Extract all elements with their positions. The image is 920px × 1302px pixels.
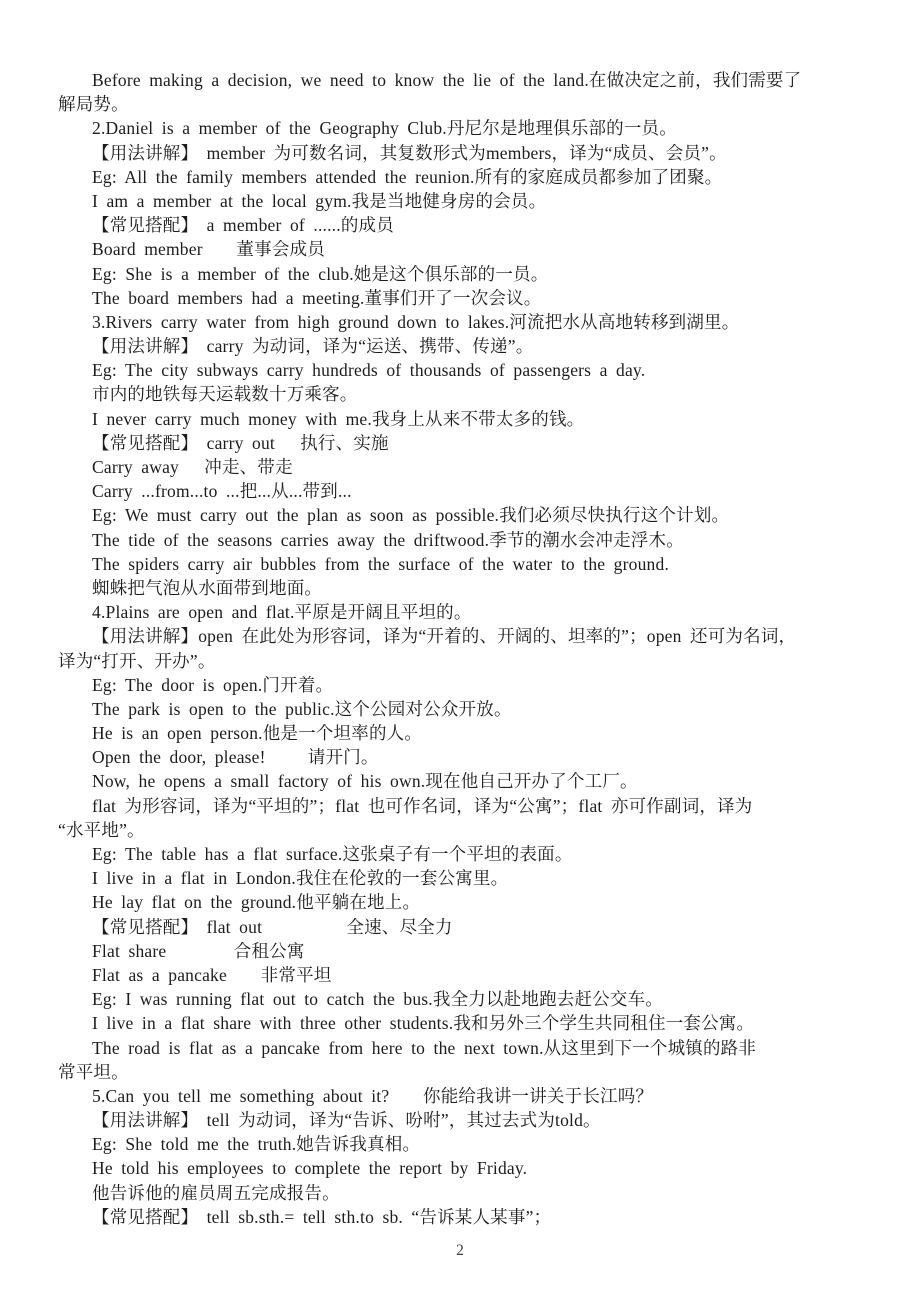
text-line: Flat share 合租公寓 xyxy=(58,939,864,963)
text-line: 【用法讲解】open 在此处为形容词，译为“开着的、开阔的、坦率的”；open … xyxy=(58,624,864,648)
text-line: Carry ...from...to ...把...从...带到... xyxy=(58,479,864,503)
text-line: 市内的地铁每天运载数十万乘客。 xyxy=(58,382,864,406)
text-line: 【常见搭配】 flat out 全速、尽全力 xyxy=(58,915,864,939)
text-line: 5.Can you tell me something about it? 你能… xyxy=(58,1084,864,1108)
text-line: He is an open person.他是一个坦率的人。 xyxy=(58,721,864,745)
text-line: Carry away 冲走、带走 xyxy=(58,455,864,479)
text-line: flat 为形容词，译为“平坦的”；flat 也可作名词，译为“公寓”；flat… xyxy=(58,794,864,818)
text-line: 【用法讲解】 carry 为动词，译为“运送、携带、传递”。 xyxy=(58,334,864,358)
text-line: He told his employees to complete the re… xyxy=(58,1156,864,1180)
text-line: He lay flat on the ground.他平躺在地上。 xyxy=(58,890,864,914)
text-line: 【常见搭配】 carry out 执行、实施 xyxy=(58,431,864,455)
text-block: Before making a decision, we need to kno… xyxy=(58,68,864,1229)
text-line: 常平坦。 xyxy=(58,1060,864,1084)
text-line: The spiders carry air bubbles from the s… xyxy=(58,552,864,576)
text-line: Eg: She is a member of the club.她是这个俱乐部的… xyxy=(58,262,864,286)
text-line: 【用法讲解】 tell 为动词，译为“告诉、吩咐”，其过去式为told。 xyxy=(58,1108,864,1132)
text-line: Eg: The city subways carry hundreds of t… xyxy=(58,358,864,382)
text-line: 【用法讲解】 member 为可数名词，其复数形式为members，译为“成员、… xyxy=(58,141,864,165)
page-number: 2 xyxy=(0,1242,920,1260)
text-line: 3.Rivers carry water from high ground do… xyxy=(58,310,864,334)
text-line: 4.Plains are open and flat.平原是开阔且平坦的。 xyxy=(58,600,864,624)
document-page: Before making a decision, we need to kno… xyxy=(0,0,920,1302)
text-line: 他告诉他的雇员周五完成报告。 xyxy=(58,1181,864,1205)
text-line: The board members had a meeting.董事们开了一次会… xyxy=(58,286,864,310)
text-line: Eg: All the family members attended the … xyxy=(58,165,864,189)
text-line: The park is open to the public.这个公园对公众开放… xyxy=(58,697,864,721)
text-line: Now, he opens a small factory of his own… xyxy=(58,769,864,793)
text-line: 解局势。 xyxy=(58,92,864,116)
text-line: Eg: We must carry out the plan as soon a… xyxy=(58,503,864,527)
text-line: I live in a flat in London.我住在伦敦的一套公寓里。 xyxy=(58,866,864,890)
text-line: Before making a decision, we need to kno… xyxy=(58,68,864,92)
text-line: I live in a flat share with three other … xyxy=(58,1011,864,1035)
text-line: Eg: The door is open.门开着。 xyxy=(58,673,864,697)
text-line: 译为“打开、开办”。 xyxy=(58,649,864,673)
text-line: 【常见搭配】 a member of ......的成员 xyxy=(58,213,864,237)
text-line: Eg: The table has a flat surface.这张桌子有一个… xyxy=(58,842,864,866)
text-line: I am a member at the local gym.我是当地健身房的会… xyxy=(58,189,864,213)
text-line: The tide of the seasons carries away the… xyxy=(58,528,864,552)
text-line: Board member 董事会成员 xyxy=(58,237,864,261)
text-line: Eg: She told me the truth.她告诉我真相。 xyxy=(58,1132,864,1156)
text-line: 蜘蛛把气泡从水面带到地面。 xyxy=(58,576,864,600)
text-line: Eg: I was running flat out to catch the … xyxy=(58,987,864,1011)
text-line: Open the door, please! 请开门。 xyxy=(58,745,864,769)
text-line: Flat as a pancake 非常平坦 xyxy=(58,963,864,987)
text-line: 2.Daniel is a member of the Geography Cl… xyxy=(58,116,864,140)
text-line: The road is flat as a pancake from here … xyxy=(58,1036,864,1060)
text-line: I never carry much money with me.我身上从来不带… xyxy=(58,407,864,431)
text-line: 【常见搭配】 tell sb.sth.= tell sth.to sb. “告诉… xyxy=(58,1205,864,1229)
text-line: “水平地”。 xyxy=(58,818,864,842)
